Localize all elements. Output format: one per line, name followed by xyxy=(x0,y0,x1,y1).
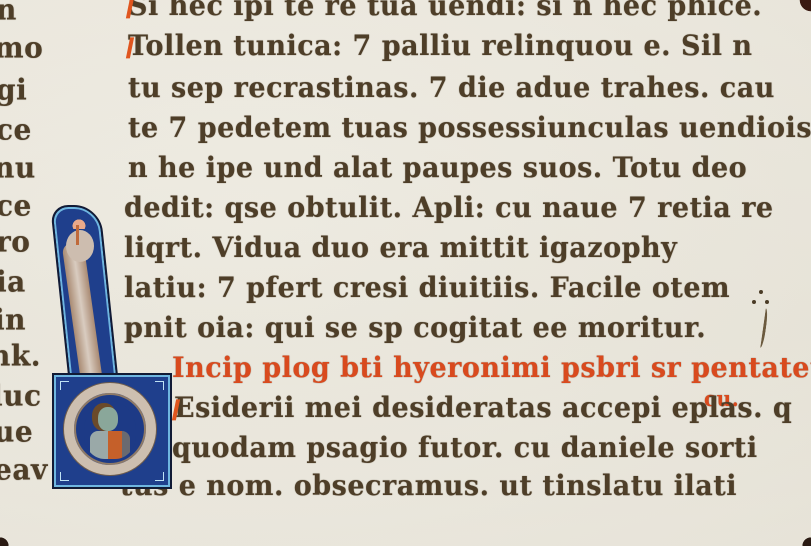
text-line: Esiderii mei desideratas accepi eplas. q xyxy=(174,392,792,425)
figure-robe xyxy=(90,431,130,459)
left-fragment: eav xyxy=(0,452,48,487)
page-corner-shadow xyxy=(0,536,10,546)
left-fragment: n xyxy=(0,0,17,27)
left-fragment: ue xyxy=(0,414,33,449)
left-fragment: ia xyxy=(0,264,26,299)
ink-stroke xyxy=(757,308,769,348)
margin-note xyxy=(752,290,772,360)
ink-dot xyxy=(752,300,756,304)
corner-flourish xyxy=(60,381,69,390)
corner-flourish xyxy=(155,381,164,390)
text-line: n he ipe und alat paupes suos. Totu deo xyxy=(128,152,747,185)
corner-flourish xyxy=(155,472,164,481)
ink-dot xyxy=(765,300,769,304)
text-line: te 7 pedetem tuas possessiunculas uendio… xyxy=(128,112,811,145)
text-line: latiu: 7 pfert cresi diuitiis. Facile ot… xyxy=(124,272,730,305)
ink-dot xyxy=(759,290,763,294)
left-fragment: nu xyxy=(0,150,36,185)
left-fragment: ce xyxy=(0,188,32,223)
left-fragment: luc xyxy=(0,378,42,413)
page-corner-shadow xyxy=(801,536,811,546)
text-line: liqrt. Vidua duo era mittit igazophy xyxy=(124,232,677,265)
left-fragment: mo xyxy=(0,30,43,65)
left-fragment: in xyxy=(0,302,26,337)
corner-flourish xyxy=(60,472,69,481)
left-fragment: ro xyxy=(0,224,30,259)
rubric-heading: Incip plog bti hyeronimi psbri sr pentat… xyxy=(172,352,811,385)
text-line: dedit: qse obtulit. Apli: cu naue 7 reti… xyxy=(124,192,774,225)
initial-bulb xyxy=(66,230,94,262)
text-line: Si hec ipi te re tua uendi: si n hec phi… xyxy=(128,0,762,23)
left-fragment: ce xyxy=(0,112,32,147)
portrait-figure xyxy=(84,401,136,459)
historiated-initial xyxy=(48,205,170,488)
figure-face xyxy=(98,407,118,431)
page-corner-shadow xyxy=(799,0,811,14)
left-fragment: hk. xyxy=(0,338,41,373)
text-line: tu sep recrastinas. 7 die adue trahes. c… xyxy=(128,72,775,105)
flower-icon xyxy=(70,213,88,229)
text-line: quodam psagio futor. cu daniele sorti xyxy=(172,432,758,465)
text-line: pnit oia: qui se sp cogitat ee moritur. xyxy=(124,312,706,345)
left-fragment: gi xyxy=(0,72,27,107)
manuscript-page: n mo gi ce nu ce ro ia in hk. luc ue eav… xyxy=(0,0,811,546)
text-line: tus e nom. obsecramus. ut tinslatu ilati xyxy=(120,470,737,503)
text-line: Tollen tunica: 7 palliu relinquou e. Sil… xyxy=(128,30,753,63)
